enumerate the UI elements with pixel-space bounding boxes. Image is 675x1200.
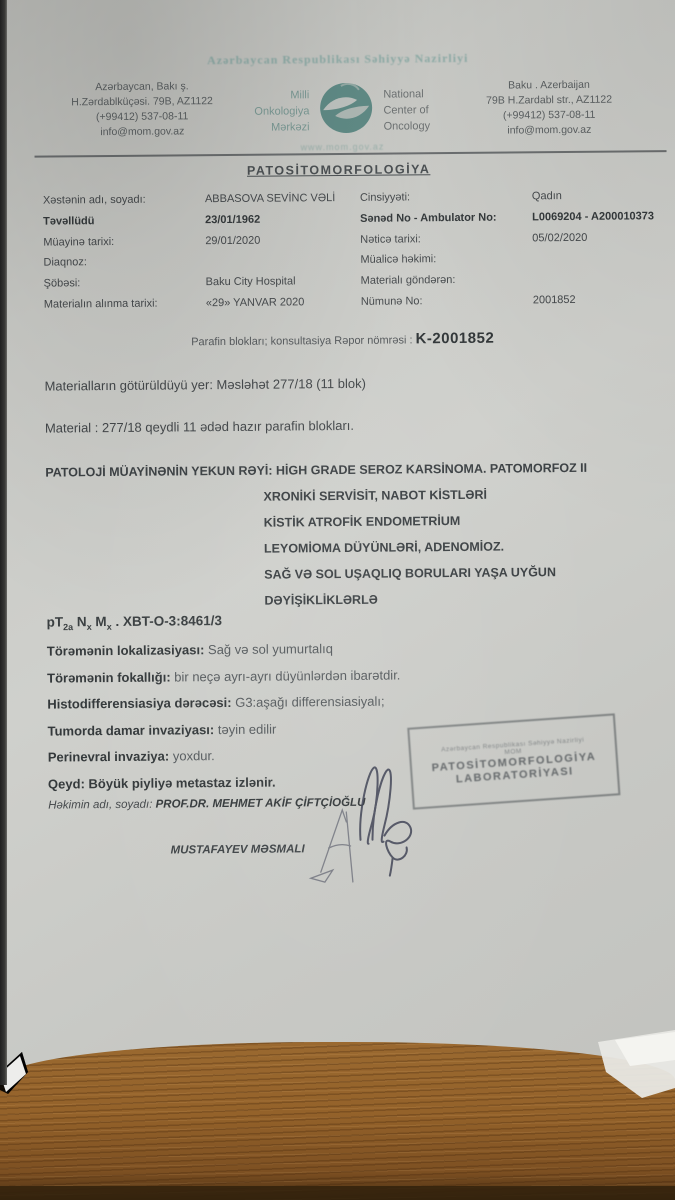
conclusion-line: HİGH GRADE SEROZ KARSİNOMA. PATOMORFOZ I…	[276, 461, 587, 478]
field-value: L0069204 - A200010373	[532, 210, 655, 223]
field-label: Materialın alınma tarixi:	[44, 297, 206, 310]
address-right-en: Baku . Azerbaijan 79B H.Zardabl str., AZ…	[444, 77, 655, 139]
staging-part: . XBT-O-3:8461/3	[112, 613, 222, 629]
detail-row: Törəmənin fokallığı: bir neçə ayrı-ayrı …	[47, 662, 401, 692]
field-value	[533, 272, 656, 273]
ministry-header-line: Azərbaycan Respublikası Səhiyyə Nazirliy…	[4, 49, 672, 70]
detail-label: Qeyd:	[48, 776, 85, 791]
conclusion-line: LEYOMİOMA DÜYÜNLƏRİ, ADENOMİOZ.	[264, 532, 646, 561]
field-value: Baku City Hospital	[206, 275, 361, 288]
detail-label: Histodifferensiasiya dərəcəsi:	[47, 695, 231, 712]
field-value: 23/01/1962	[205, 213, 360, 226]
conclusion-line: XRONİKİ SERVİSİT, NABOT KİSTLƏRİ	[263, 480, 645, 509]
field-label: Materialı göndərən:	[361, 274, 533, 288]
field-value: Qadın	[532, 189, 655, 202]
stamp-line: MOM	[504, 748, 522, 756]
org-az-line: Mərkəzi	[254, 119, 309, 135]
address-left-az: Azərbaycan, Bakı ş. H.Zərdablküçəsi. 79B…	[42, 79, 243, 141]
field-value: «29» YANVAR 2020	[206, 296, 361, 309]
field-value: ABBASOVA SEVİNC VƏLİ	[205, 192, 360, 205]
detail-value: G3:aşağı differensiasiyalı;	[231, 694, 384, 710]
detail-row: Törəmənin lokalizasiyası: Sağ və sol yum…	[47, 635, 401, 665]
detail-value: bir neçə ayrı-ayrı düyünlərdən ibarətdir…	[171, 667, 401, 684]
field-label: Xəstənin adı, soyadı:	[43, 193, 205, 206]
field-label: Təvəllüdü	[43, 214, 205, 227]
field-label: Nəticə tarixi:	[360, 232, 532, 246]
detail-label: Perinevral invaziya:	[48, 749, 170, 765]
paper-sheet: Azərbaycan Respublikası Səhiyyə Nazirliy…	[7, 0, 675, 1092]
photo-of-pathology-report: Azərbaycan Respublikası Səhiyyə Nazirliy…	[0, 0, 675, 1200]
detail-value: təyin edilir	[214, 721, 276, 737]
address-line: info@mom.gov.az	[42, 124, 242, 141]
org-en-line: National	[383, 86, 430, 102]
staging-part: N	[73, 614, 87, 629]
wooden-table-surface	[0, 1042, 675, 1200]
field-label: Diaqnoz:	[43, 256, 205, 269]
detail-row: Histodifferensiasiya dərəcəsi: G3:aşağı …	[47, 688, 401, 718]
field-value: 29/01/2020	[205, 233, 360, 246]
detail-row: Tumorda damar invaziyası: təyin edilir	[47, 715, 401, 745]
conclusion-line: SAĞ VƏ SOL UŞAQLIQ BORULARI YAŞA UYĞUN	[264, 558, 646, 587]
org-en-line: Oncology	[384, 118, 431, 134]
detail-label: Tumorda damar invaziyası:	[47, 722, 214, 738]
conclusion-line: KİSTİK ATROFİK ENDOMETRİUM	[264, 506, 646, 535]
detail-label: Törəmənin fokallığı:	[47, 669, 171, 685]
org-az-line: Milli	[254, 87, 309, 103]
handwritten-signature	[288, 751, 439, 892]
paraffin-consultation-line: Parafin blokları; konsultasiya Rəpor nöm…	[191, 330, 494, 350]
table-row: Materialın alınma tarixi: «29» YANVAR 20…	[44, 293, 656, 319]
field-value	[532, 252, 655, 253]
report-number: K-2001852	[415, 330, 494, 348]
final-conclusion-block: PATOLOJİ MÜAYİNƏNİN YEKUN RƏYİ: HİGH GRA…	[45, 454, 646, 615]
document-title: PATOSİTOMORFOLOGİYA	[5, 160, 673, 180]
address-line: H.Zərdablküçəsi. 79B, AZ1122	[42, 94, 242, 111]
conclusion-line: DƏYİŞİKLİKLƏRLƏ	[264, 584, 646, 613]
staging-part: pT	[47, 614, 64, 629]
field-label: Sənəd No - Ambulator No:	[360, 211, 532, 225]
org-name-en: National Center of Oncology	[383, 86, 430, 134]
detail-value: yoxdur.	[169, 748, 215, 763]
field-value: 05/02/2020	[532, 231, 655, 244]
materials-origin-line: Materialların götürüldüyü yer: Məsləhət …	[44, 376, 365, 394]
logo-block: Milli Onkologiya Mərkəzi National Center…	[242, 79, 443, 142]
conclusion-first-line: PATOLOJİ MÜAYİNƏNİN YEKUN RƏYİ: HİGH GRA…	[45, 454, 645, 485]
document-content: Azərbaycan Respublikası Səhiyyə Nazirliy…	[3, 0, 675, 1095]
doctor-label: Həkimin adı, soyadı:	[48, 799, 155, 812]
org-az-line: Onkologiya	[254, 103, 309, 119]
photo-left-shadow	[0, 0, 7, 1085]
org-en-line: Center of	[383, 102, 430, 118]
field-label: Şöbəsi:	[44, 276, 206, 289]
field-label: Müalicə həkimi:	[360, 253, 532, 267]
website-url: www.mom.gov.az	[242, 141, 442, 153]
field-label: Müayinə tarixi:	[43, 235, 205, 248]
address-line: Azərbaycan, Bakı ş.	[42, 79, 242, 96]
patient-info-table: Xəstənin adı, soyadı: ABBASOVA SEVİNC VƏ…	[43, 189, 656, 319]
staging-sub: 2a	[63, 622, 73, 632]
oncology-center-logo-icon	[317, 80, 376, 142]
address-line: info@mom.gov.az	[444, 122, 654, 139]
laboratory-stamp: Azərbaycan Respublikası Səhiyyə Nazirliy…	[407, 713, 620, 809]
field-label: Nümunə No:	[361, 294, 533, 308]
tnm-staging-line: pT2a Nx Mx . XBT-O-3:8461/3	[47, 613, 222, 632]
material-line: Material : 277/18 qeydli 11 ədəd hazır p…	[45, 418, 354, 436]
staging-part: M	[92, 614, 107, 629]
detail-value: Sağ və sol yumurtalıq	[204, 641, 333, 657]
field-value: 2001852	[533, 293, 656, 306]
paraffin-label: Parafin blokları; konsultasiya Rəpor nöm…	[191, 334, 415, 348]
address-line: (+99412) 537-08-11	[42, 109, 242, 126]
field-value	[205, 254, 360, 255]
org-name-az: Milli Onkologiya Mərkəzi	[254, 87, 309, 135]
pathologist-name: MUSTAFAYEV MƏSMALI	[171, 843, 305, 856]
field-label: Cinsiyyəti:	[360, 190, 532, 204]
conclusion-label: PATOLOJİ MÜAYİNƏNİN YEKUN RƏYİ:	[45, 464, 272, 480]
detail-value: Böyük piyliyə metastaz izlənir.	[85, 774, 276, 791]
detail-label: Törəmənin lokalizasiyası:	[47, 642, 205, 658]
